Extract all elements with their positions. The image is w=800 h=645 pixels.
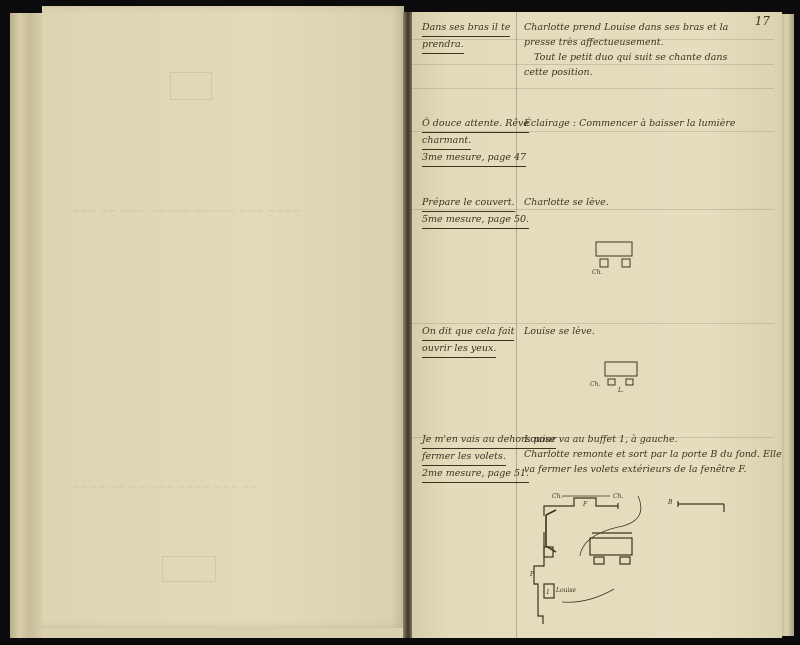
stage-floor-plan: Ch. Ch. F B P 1 Louise: [528, 494, 748, 629]
action-line: Louise va au buffet 1, à gauche.: [524, 434, 678, 445]
action-entry-1: Charlotte prend Louise dans ses bras et …: [524, 20, 728, 80]
svg-text:Ch.: Ch.: [590, 381, 600, 388]
open-notebook: ~~~ ~~ ~~~ ~~~~~ ~~~~~ ~~~ ~~~~ ~~~~ ~~ …: [0, 0, 800, 645]
svg-text:F: F: [582, 501, 588, 508]
action-line: Charlotte prend Louise dans ses bras et …: [524, 22, 728, 33]
action-line: va fermer les volets extérieurs de la fe…: [524, 464, 747, 475]
cue-line: 3me mesure, page 47: [422, 150, 526, 167]
svg-text:Ch.: Ch.: [613, 493, 623, 500]
cue-line: 2me mesure, page 51.: [422, 466, 529, 483]
show-through-text: ~~~~ ~~ ~~ ~~~ ~~~~ ~~~ ~~: [72, 482, 259, 493]
cue-line: ouvrir les yeux.: [422, 341, 496, 358]
cue-line: Ô douce attente. Rêve: [422, 116, 529, 133]
action-entry-3: Charlotte se lève.: [524, 195, 609, 210]
action-line: presse très affectueusement.: [524, 37, 664, 48]
cue-entry-4: On dit que cela fait ouvrir les yeux.: [422, 324, 514, 358]
cue-entry-3: Prépare le couvert. 5me mesure, page 50.: [422, 195, 529, 229]
cue-line: prendra.: [422, 37, 464, 54]
svg-text:Ch.: Ch.: [552, 493, 562, 500]
show-through-diagram: [170, 72, 212, 100]
cue-line: fermer les volets.: [422, 449, 506, 466]
page-number: 17: [755, 14, 770, 28]
ruled-line: [412, 88, 774, 89]
right-page: 17 Dans ses bras il te prendra. Charlott…: [412, 12, 782, 638]
column-divider: [516, 12, 517, 638]
right-page-edges: [782, 14, 794, 636]
cue-line: 5me mesure, page 50.: [422, 212, 529, 229]
svg-text:Louise: Louise: [555, 587, 576, 594]
cue-line: Prépare le couvert.: [422, 195, 515, 212]
page-edges: [10, 13, 42, 638]
show-through-text: ~~~ ~~ ~~~ ~~~~~ ~~~~~ ~~~ ~~~~: [72, 206, 301, 217]
action-line: Charlotte remonte et sort par la porte B…: [524, 449, 782, 460]
cue-line: On dit que cela fait: [422, 324, 514, 341]
cue-line: charmant.: [422, 133, 471, 150]
action-line: Tout le petit duo qui suit se chante dan…: [524, 52, 727, 63]
svg-text:L.: L.: [617, 387, 624, 394]
action-entry-2: Éclairage : Commencer à baisser la lumiè…: [524, 116, 736, 131]
cue-line: Dans ses bras il te: [422, 20, 510, 37]
cue-entry-2: Ô douce attente. Rêve charmant. 3me mesu…: [422, 116, 529, 167]
left-page-blank: ~~~ ~~ ~~~ ~~~~~ ~~~~~ ~~~ ~~~~ ~~~~ ~~ …: [42, 6, 404, 628]
staging-diagram-2: Ch. L.: [590, 360, 650, 396]
svg-text:1: 1: [546, 589, 550, 596]
action-line: cette position.: [524, 67, 593, 78]
staging-diagram-1: Ch.: [592, 240, 642, 276]
action-entry-5: Louise va au buffet 1, à gauche. Charlot…: [524, 432, 782, 477]
action-entry-4: Louise se lève.: [524, 324, 595, 339]
action-line: Charlotte se lève.: [524, 197, 609, 208]
show-through-diagram: [162, 556, 216, 582]
cue-entry-1: Dans ses bras il te prendra.: [422, 20, 510, 54]
action-line: Louise se lève.: [524, 326, 595, 337]
svg-text:Ch.: Ch.: [592, 269, 602, 276]
svg-text:B: B: [667, 499, 673, 506]
action-line: Éclairage : Commencer à baisser la lumiè…: [524, 118, 736, 129]
